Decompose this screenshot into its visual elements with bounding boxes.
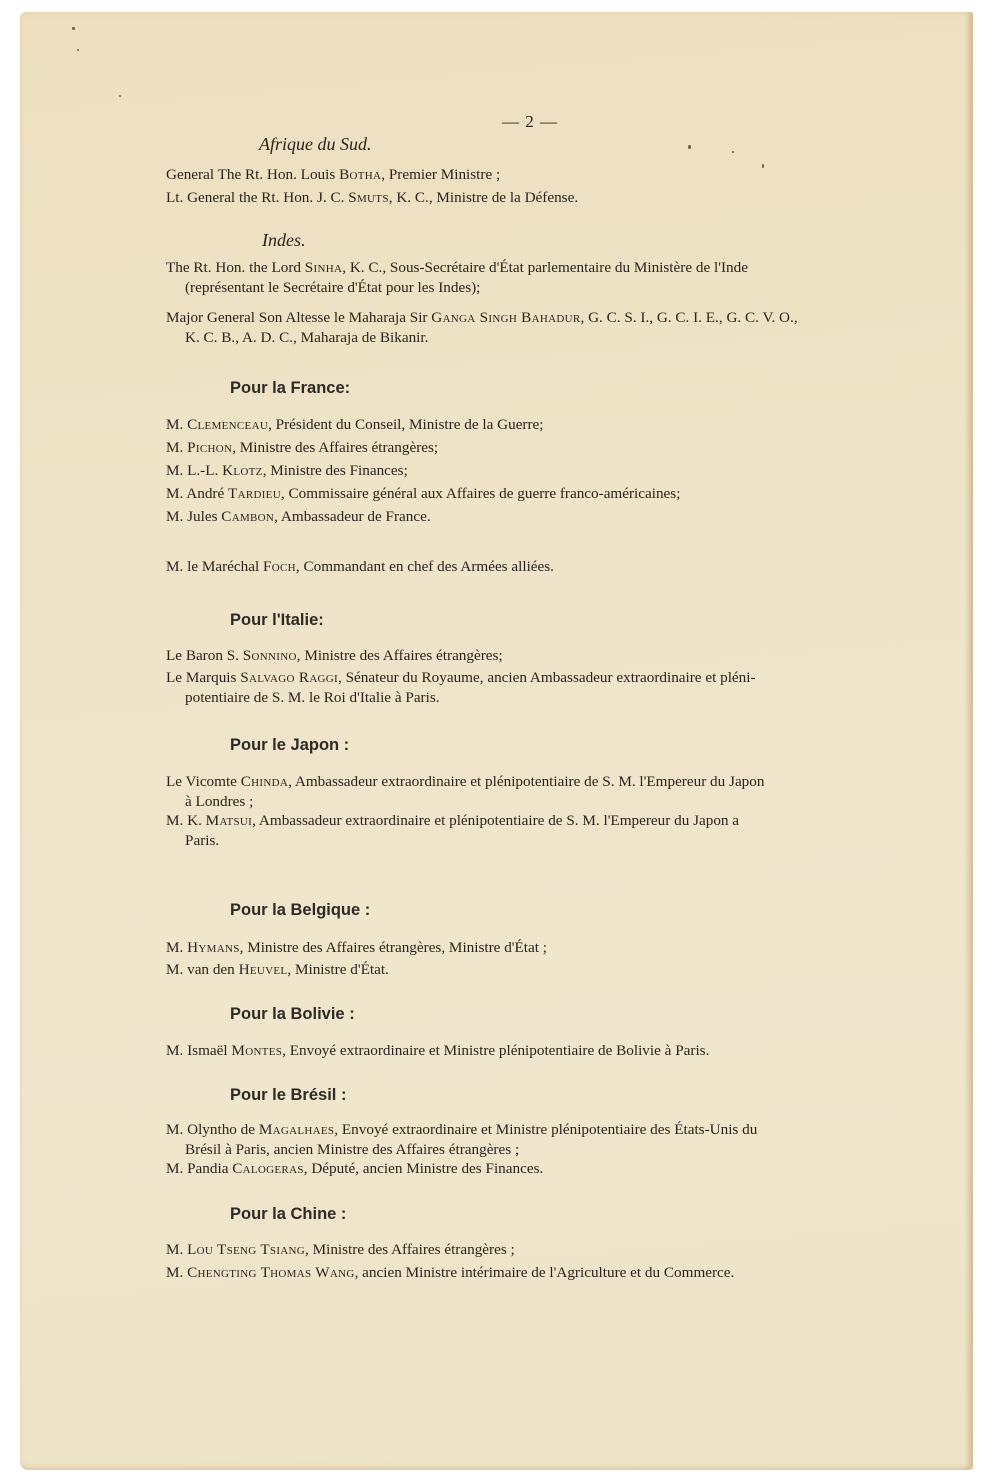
delegate-name: Magalhaes	[259, 1121, 334, 1138]
paper-speck	[119, 95, 121, 97]
delegate-name: Smuts	[348, 189, 389, 206]
delegate-entry: M. Pandia Calogeras, Député, ancien Mini…	[166, 1159, 856, 1179]
delegate-entry: M. Lou Tseng Tsiang, Ministre des Affair…	[166, 1240, 856, 1260]
delegate-name: Heuvel	[239, 961, 288, 978]
delegate-name: Calogeras	[232, 1160, 304, 1177]
delegate-name: Botha	[339, 166, 381, 183]
delegate-entry: Le Marquis Salvago Raggi, Sénateur du Ro…	[166, 668, 856, 708]
delegate-entry: M. le Maréchal Foch, Commandant en chef …	[166, 557, 856, 577]
delegate-entry: The Rt. Hon. the Lord Sinha, K. C., Sous…	[166, 258, 856, 298]
delegate-entry: M. Ismaël Montes, Envoyé extraordinaire …	[166, 1041, 856, 1061]
delegate-name: Matsui	[206, 812, 252, 829]
delegate-entry: M. L.-L. Klotz, Ministre des Finances;	[166, 461, 856, 481]
paper-speck	[72, 27, 75, 30]
delegate-name: Tardieu	[228, 485, 281, 502]
delegate-entry: M. Hymans, Ministre des Affaires étrangè…	[166, 938, 856, 958]
delegate-name: Montes	[231, 1042, 282, 1059]
section-heading-afrique-du-sud: Afrique du Sud.	[259, 134, 372, 155]
delegate-name: Clemenceau	[187, 416, 268, 433]
delegate-name: Pichon	[187, 439, 232, 456]
page-number: — 2 —	[475, 112, 585, 132]
section-heading-france: Pour la France:	[230, 379, 350, 398]
section-heading-japon: Pour le Japon :	[230, 736, 349, 755]
section-heading-italie: Pour l'Italie:	[230, 611, 324, 630]
paper-speck	[762, 164, 764, 168]
paper-speck	[732, 151, 734, 153]
delegate-entry: Le Vicomte Chinda, Ambassadeur extraordi…	[166, 772, 856, 812]
delegate-name: Sonnino	[243, 647, 297, 664]
delegate-entry: M. André Tardieu, Commissaire général au…	[166, 484, 856, 504]
delegate-entry: M. K. Matsui, Ambassadeur extraordinaire…	[166, 811, 856, 851]
delegate-name: Klotz	[222, 462, 263, 479]
delegate-name: Foch	[263, 558, 296, 575]
delegate-entry: General The Rt. Hon. Louis Botha, Premie…	[166, 165, 856, 185]
delegate-name: Salvago Raggi	[240, 669, 338, 686]
delegate-name: Sinha	[305, 259, 342, 276]
delegate-name: Ganga Singh Bahadur	[431, 309, 580, 326]
delegate-entry: M. Pichon, Ministre des Affaires étrangè…	[166, 438, 856, 458]
delegate-entry: Lt. General the Rt. Hon. J. C. Smuts, K.…	[166, 188, 856, 208]
paper-speck	[77, 49, 79, 51]
delegate-entry: M. Jules Cambon, Ambassadeur de France.	[166, 507, 856, 527]
section-heading-indes: Indes.	[262, 230, 306, 251]
delegate-name: Chinda	[241, 773, 288, 790]
delegate-entry: M. Clemenceau, Président du Conseil, Min…	[166, 415, 856, 435]
delegate-name: Hymans	[187, 939, 240, 956]
delegate-entry: M. Chengting Thomas Wang, ancien Ministr…	[166, 1263, 856, 1283]
section-heading-bolivie: Pour la Bolivie :	[230, 1005, 355, 1024]
section-heading-belgique: Pour la Belgique :	[230, 901, 370, 920]
delegate-entry: Le Baron S. Sonnino, Ministre des Affair…	[166, 646, 856, 666]
section-heading-bresil: Pour le Brésil :	[230, 1086, 346, 1105]
paper-speck	[688, 145, 691, 149]
page-content: — 2 — Afrique du Sud. General The Rt. Ho…	[20, 12, 973, 1470]
delegate-entry: M. Olyntho de Magalhaes, Envoyé extraord…	[166, 1120, 856, 1160]
delegate-name: Cambon	[221, 508, 274, 525]
delegate-name: Chengting Thomas Wang	[187, 1264, 354, 1281]
document-page: — 2 — Afrique du Sud. General The Rt. Ho…	[20, 12, 973, 1470]
delegate-entry: M. van den Heuvel, Ministre d'État.	[166, 960, 856, 980]
section-heading-chine: Pour la Chine :	[230, 1205, 346, 1224]
delegate-entry: Major General Son Altesse le Maharaja Si…	[166, 308, 856, 348]
delegate-name: Lou Tseng Tsiang	[187, 1241, 305, 1258]
